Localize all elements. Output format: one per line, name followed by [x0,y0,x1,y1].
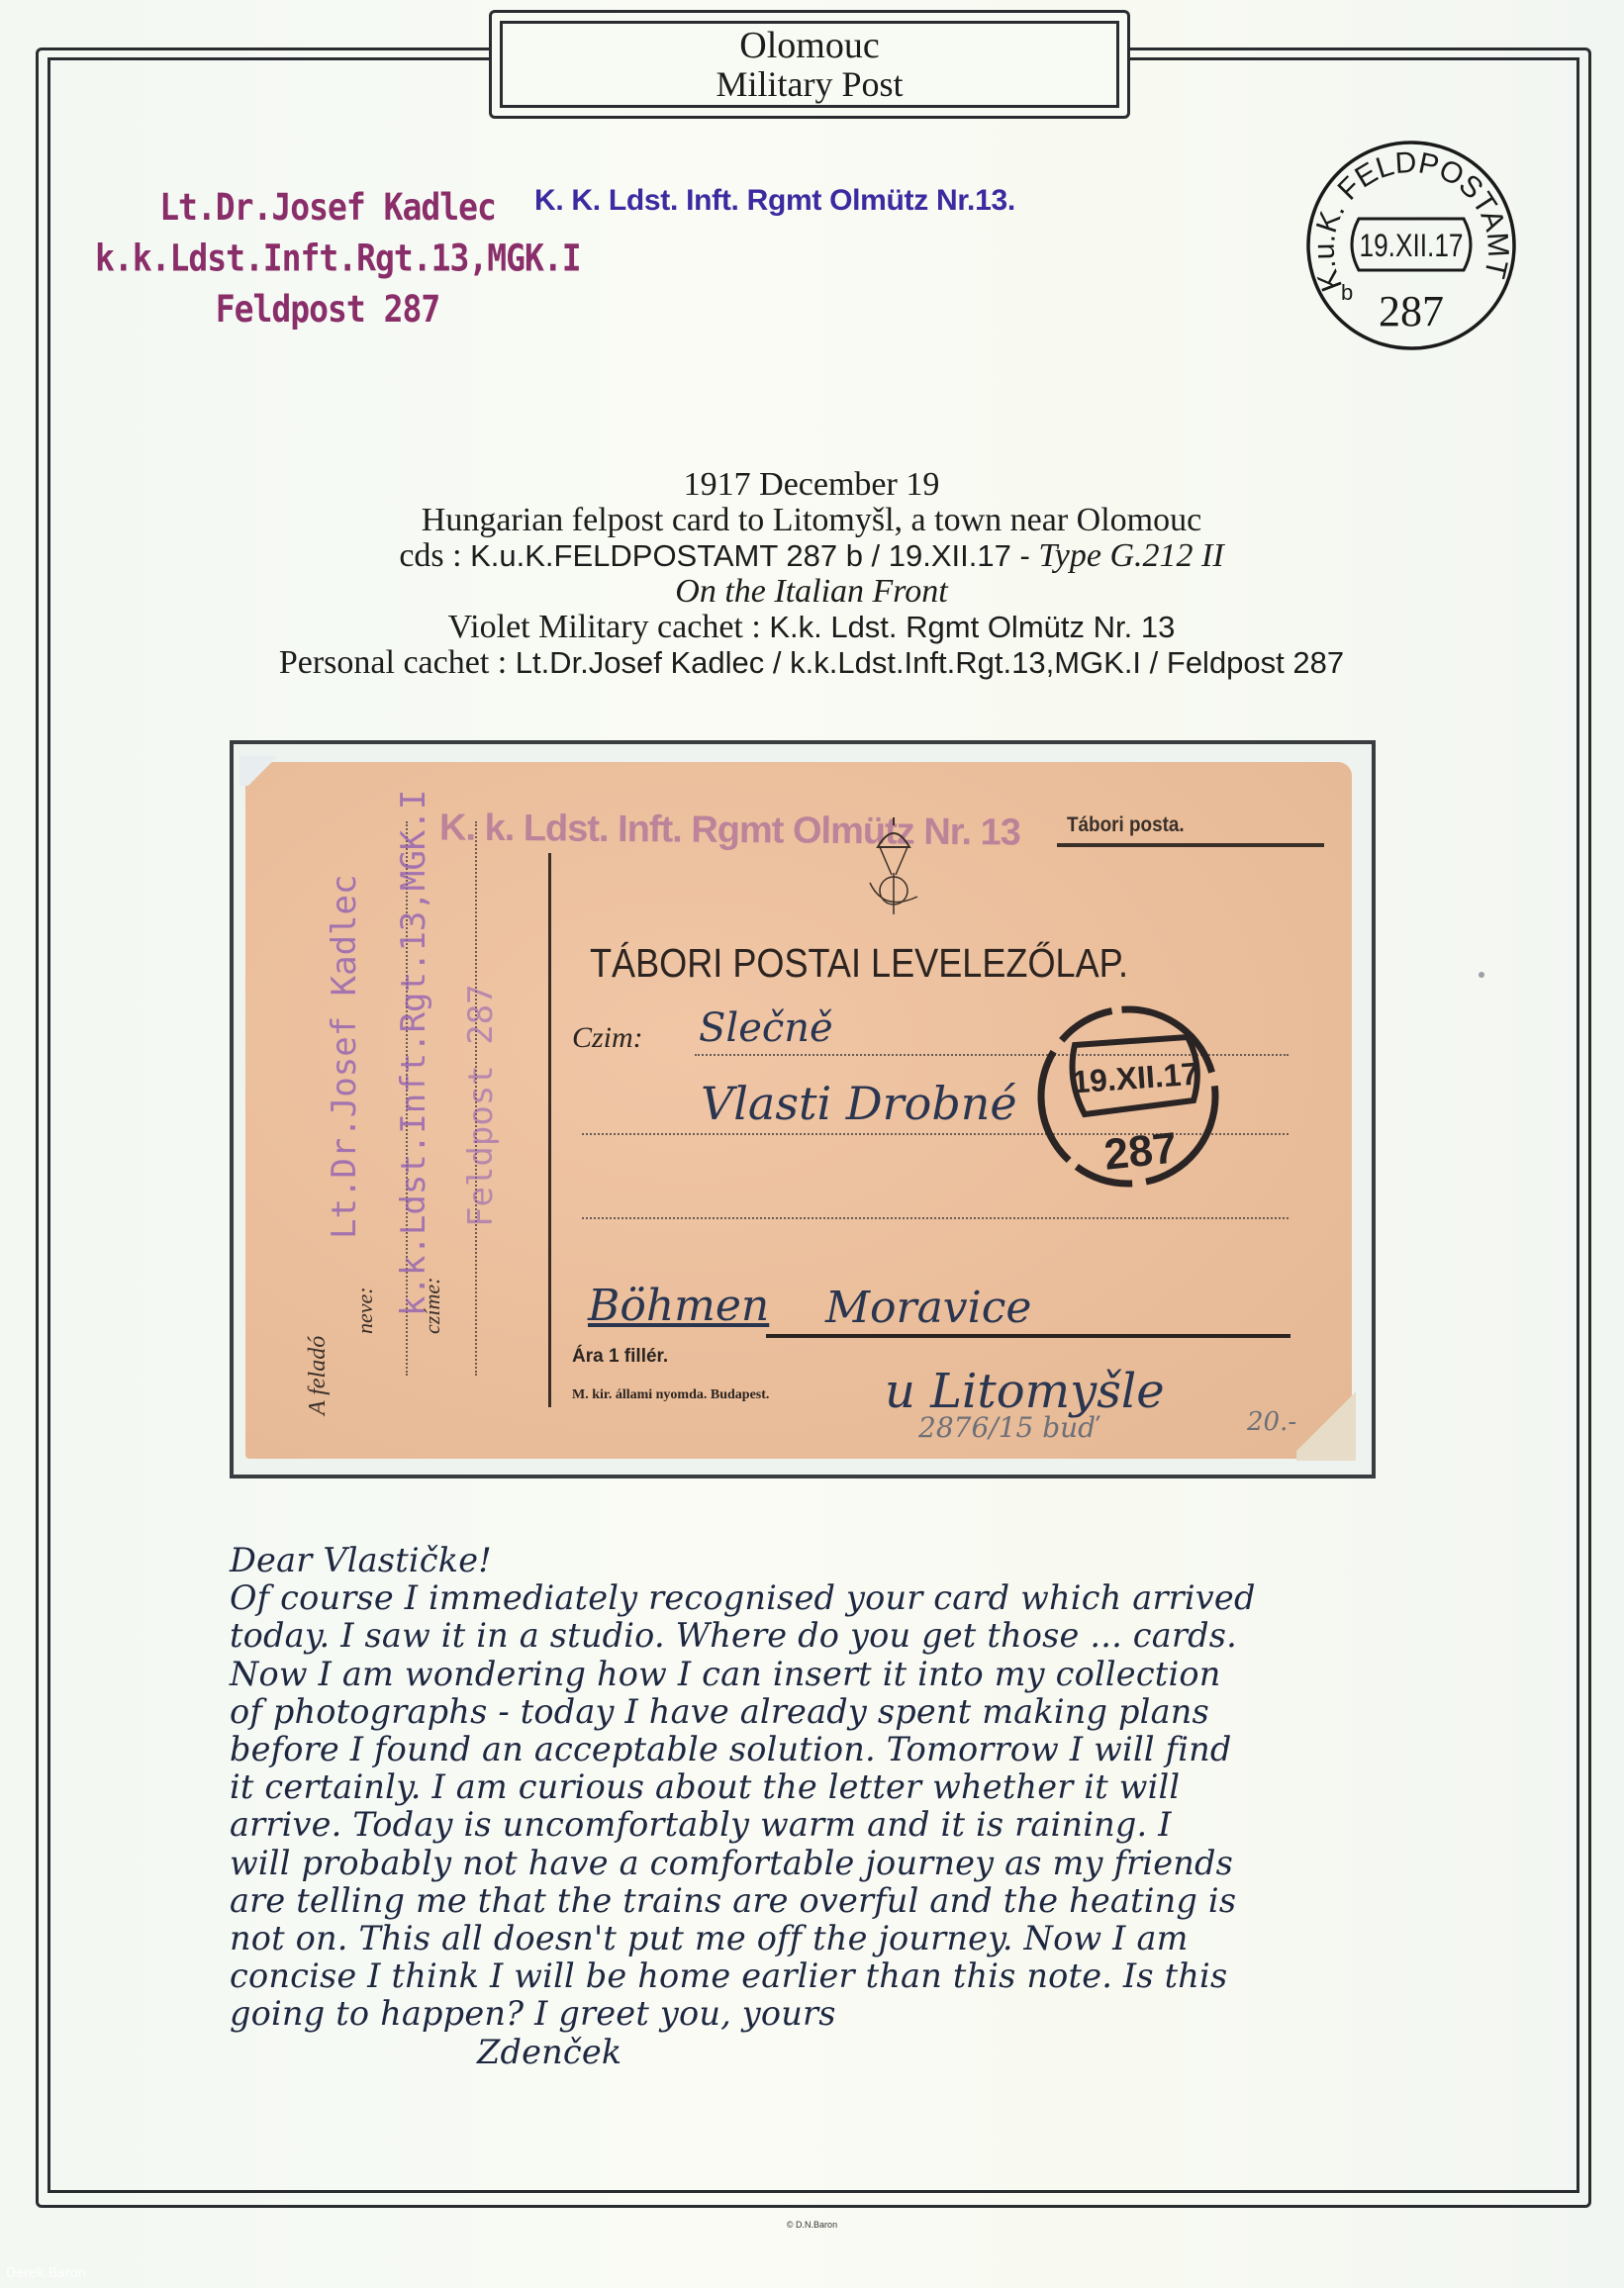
card-postmark-date: 19.XII.17 [1071,1056,1199,1100]
paper-speck [1479,972,1484,978]
card-mount: K. k. Ldst. Inft. Rgmt Olmütz Nr. 13 Táb… [230,740,1376,1478]
address-label: Czim: [572,1021,643,1055]
postmark-number: 287 [1379,287,1444,335]
address-line [582,1217,1289,1219]
description-summary: Hungarian felpost card to Litomyšl, a to… [99,503,1524,538]
sender-label: A feladó [305,1336,332,1415]
sender-cachet-line: k.k.Ldst.Inft.Rgt.13,MGK.I [394,790,433,1316]
cds-label: cds : [399,537,470,574]
card-fold-corner [239,756,287,786]
pencil-note: 2876/15 buď [918,1411,1096,1444]
card-military-cachet: K. k. Ldst. Inft. Rgmt Olmütz Nr. 13 [439,807,1020,854]
letter-line: arrive. Today is uncomfortably warm and … [230,1806,1417,1844]
letter-line: will probably not have a comfortable jou… [230,1845,1417,1882]
sender-name-label: neve: [352,1287,378,1334]
personal-cachet-line: Feldpost 287 [95,284,560,335]
card-printer: M. kir. állami nyomda. Budapest. [572,1387,769,1403]
card-divider [548,853,551,1407]
pencil-price: 20.- [1247,1407,1296,1437]
handwritten-recipient-name: Vlasti Drobné [701,1077,1017,1130]
stamp-line [1057,843,1324,847]
letter-line: concise I think I will be home earlier t… [230,1957,1417,1995]
handwritten-country: Böhmen [588,1281,769,1331]
personal-cachet-label: Personal cachet : [279,644,516,681]
letter-line: going to happen? I greet you, yours [230,1995,1417,2033]
military-cachet-label: Violet Military cachet : [448,609,770,645]
postmark-icon: K.u.K. FELDPOSTAMT 19.XII.17 287 b [1303,138,1519,353]
letter-signature: Zdenček [230,2034,1417,2071]
cds-value: K.u.K.FELDPOSTAMT 287 b / 19.XII.17 - [470,538,1038,573]
description-block: 1917 December 19 Hungarian felpost card … [99,467,1524,681]
letter-line: are telling me that the trains are overf… [230,1882,1417,1920]
card-title: TÁBORI POSTAI LEVELEZŐLAP. [590,940,1128,987]
letter-line: today. I saw it in a studio. Where do yo… [230,1617,1417,1655]
letter-line: Of course I immediately recognised your … [230,1579,1417,1617]
personal-cachet-line: Lt.Dr.Josef Kadlec [95,182,560,234]
description-personal-cachet: Personal cachet : Lt.Dr.Josef Kadlec / k… [99,645,1524,681]
service-label: Tábori posta. [1067,813,1185,837]
crown-posthorn-icon [864,813,923,922]
watermark: Derek Baron [6,2266,86,2281]
letter-line: before I found an acceptable solution. T… [230,1731,1417,1768]
page-title: Olomouc [739,26,879,65]
personal-cachet-line: k.k.Ldst.Inft.Rgt.13,MGK.I [95,234,560,285]
sender-cachet-line: Lt.Dr.Josef Kadlec [325,875,364,1239]
letter-line: of photographs - today I have already sp… [230,1693,1417,1731]
handwritten-recipient-title: Slečně [699,1005,833,1051]
military-cachet: K. K. Ldst. Inft. Rgmt Olmütz Nr.13. [534,184,1015,218]
personal-cachet-value: Lt.Dr.Josef Kadlec / k.k.Ldst.Inft.Rgt.1… [516,645,1344,680]
card-price: Ára 1 fillér. [572,1346,668,1368]
description-front: On the Italian Front [99,574,1524,610]
page-subtitle: Military Post [716,65,903,103]
title-box-inner: Olomouc Military Post [500,21,1119,108]
card-mount-corner [1296,1382,1356,1461]
handwritten-town: Moravice [825,1283,1031,1333]
card-postmark-icon: 19.XII.17 287 [1019,998,1247,1195]
military-cachet-value: K.k. Ldst. Rgmt Olmütz Nr. 13 [769,610,1175,644]
postmark-letter: b [1341,280,1353,305]
postcard: K. k. Ldst. Inft. Rgmt Olmütz Nr. 13 Táb… [245,762,1352,1459]
address-underline [766,1334,1290,1338]
copyright: © D.N.Baron [0,2220,1624,2230]
personal-cachet: Lt.Dr.Josef Kadlec k.k.Ldst.Inft.Rgt.13,… [95,182,560,335]
letter-line: not on. This all doesn't put me off the … [230,1920,1417,1957]
postmark-date: 19.XII.17 [1359,230,1463,264]
letter-line: Now I am wondering how I can insert it i… [230,1656,1417,1693]
letter-transcription: Dear Vlastičke! Of course I immediately … [230,1542,1417,2071]
letter-line: it certainly. I am curious about the let… [230,1768,1417,1806]
cds-type: Type G.212 II [1038,537,1223,574]
description-military-cachet: Violet Military cachet : K.k. Ldst. Rgmt… [99,610,1524,645]
description-cds: cds : K.u.K.FELDPOSTAMT 287 b / 19.XII.1… [99,538,1524,574]
title-box: Olomouc Military Post [489,10,1130,119]
card-postmark-number: 287 [1101,1123,1179,1179]
sender-cachet-line: Feldpost 287 [461,984,501,1227]
letter-line: Dear Vlastičke! [230,1542,1417,1579]
svg-text:K.u.K. FELDPOSTAMT: K.u.K. FELDPOSTAMT [1308,146,1515,296]
postmark-arc-text: K.u.K. FELDPOSTAMT [1308,146,1515,296]
description-date: 1917 December 19 [99,467,1524,503]
